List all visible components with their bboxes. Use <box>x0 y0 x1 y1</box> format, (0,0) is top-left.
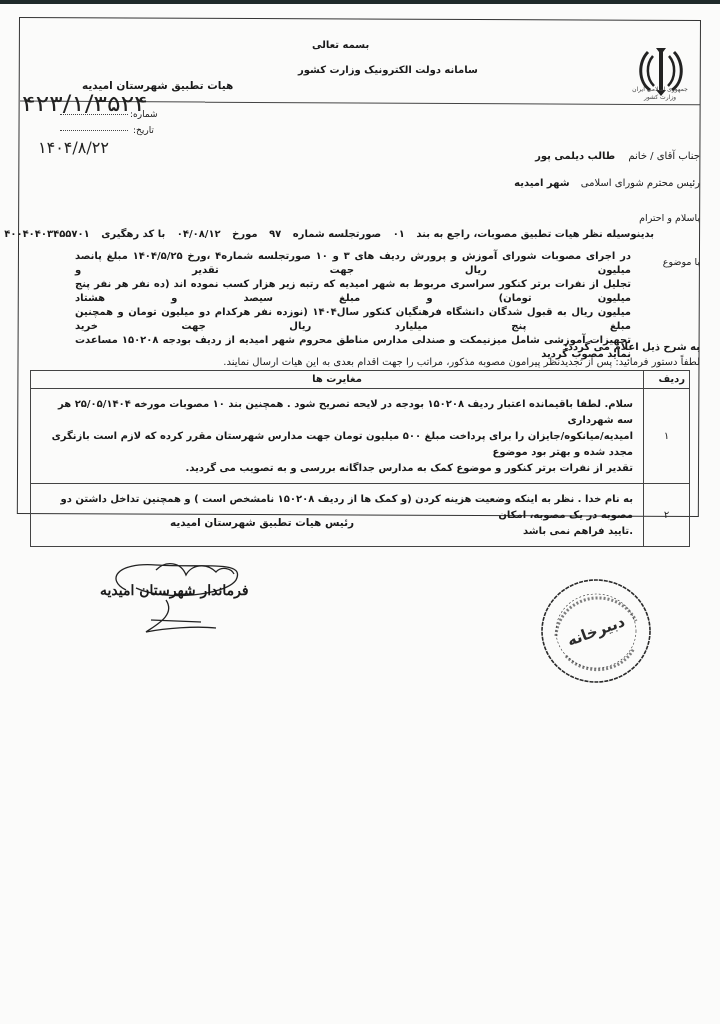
table-row: ۲ به نام خدا . نظر به اینکه وضعیت هزینه … <box>31 484 690 547</box>
date-label: تاریخ: <box>133 126 154 136</box>
discrepancies-table: ردیف مغایرت ها ۱ سلام. لطفا باقیمانده اع… <box>30 370 690 547</box>
row-issue-text: سلام. لطفا باقیمانده اعتبار ردیف ۱۵۰۲۰۸ … <box>31 389 644 484</box>
row-index: ۱ <box>644 389 690 484</box>
subject-line-3: میلیون ریال به قبول شدگان دانشگاه فرهنگی… <box>75 306 631 334</box>
subject-line-1: در اجرای مصوبات شورای آموزش و پرورش ردیف… <box>75 250 631 278</box>
number-label: شماره: <box>130 110 158 120</box>
bismillah-heading: بسمه تعالی <box>312 40 369 51</box>
recipient-name: طالب دیلمی پور <box>535 151 615 162</box>
column-header-index: ردیف <box>644 371 690 389</box>
minutes-date: ۰۴/۰۸/۱۲ <box>177 229 221 240</box>
scanned-letter-page: جمهوری اسلامی ایران وزارت کشور بسمه تعال… <box>0 0 720 1024</box>
subject-body: در اجرای مصوبات شورای آموزش و پرورش ردیف… <box>75 250 631 362</box>
intro-text-2: صورتجلسه شماره <box>293 229 381 240</box>
recipient-title-line: رئیس محترم شورای اسلامی شهر امیدیه <box>514 178 700 189</box>
greeting: باسلام و احترام <box>639 213 700 224</box>
emblem-caption-line2: وزارت کشور <box>630 94 690 102</box>
recipient-city: شهر امیدیه <box>514 178 569 189</box>
row-index: ۲ <box>644 484 690 547</box>
intro-text-1: بدینوسیله نظر هیات تطبیق مصوبات، راجع به… <box>416 229 654 240</box>
salutation-text: جناب آقای / خانم <box>628 151 700 162</box>
secretariat-stamp-icon: دبیرخانه <box>538 576 654 686</box>
subject-label: با موضوع <box>663 257 700 268</box>
intro-line: بدینوسیله نظر هیات تطبیق مصوبات، راجع به… <box>0 229 654 240</box>
svg-text:دبیرخانه: دبیرخانه <box>565 612 628 650</box>
recipient-salutation-line: جناب آقای / خانم طالب دیلمی پور <box>0 151 700 162</box>
column-header-issues: مغایرت ها <box>31 371 644 389</box>
date-dotted-line <box>60 130 128 131</box>
scan-edge <box>0 0 720 4</box>
recipient-title: رئیس محترم شورای اسلامی <box>581 178 700 189</box>
discrepancies-table-wrapper: ردیف مغایرت ها ۱ سلام. لطفا باقیمانده اع… <box>30 370 690 547</box>
number-dotted-line <box>60 114 128 115</box>
subject-line-2: تجلیل از نفرات برتر کنکور سراسری مربوط ب… <box>75 278 631 306</box>
intro-text-4: با کد رهگیری <box>101 229 165 240</box>
issue-line: امیدیه/میانکوه/جایزان را برای پرداخت مبل… <box>41 429 633 461</box>
announcement: به شرح ذیل اعلام می گردد: <box>564 342 700 353</box>
request-instruction: لطفاً دستور فرمائید: پس از تجدیدنظر پیرا… <box>223 357 700 368</box>
board-name: هیات تطبیق شهرستان امیدیه <box>82 80 233 92</box>
signatory-title: رئیس هیات تطبیق شهرستان امیدیه <box>170 517 354 529</box>
emblem-caption-line1: جمهوری اسلامی ایران <box>630 86 690 94</box>
system-title: سامانه دولت الکترونیک وزارت کشور <box>298 65 478 76</box>
signatory-role: فرماندار شهرستان امیدیه <box>100 583 249 599</box>
issue-line: تقدیر از نفرات برتر کنکور و موضوع کمک به… <box>41 461 633 477</box>
intro-text-3: مورخ <box>232 229 257 240</box>
issue-line: سلام. لطفا باقیمانده اعتبار ردیف ۱۵۰۲۰۸ … <box>41 397 633 429</box>
tracking-code: ۴۰۰۴۰۴۰۳۴۵۵۷۰۱ <box>4 229 89 240</box>
table-row: ۱ سلام. لطفا باقیمانده اعتبار ردیف ۱۵۰۲۰… <box>31 389 690 484</box>
minutes-number: ۹۷ <box>269 229 281 240</box>
emblem-caption: جمهوری اسلامی ایران وزارت کشور <box>630 86 690 102</box>
row-issue-text: به نام خدا . نظر به اینکه وضعیت هزینه کر… <box>31 484 644 547</box>
clause-number: ۰۱ <box>393 229 405 240</box>
